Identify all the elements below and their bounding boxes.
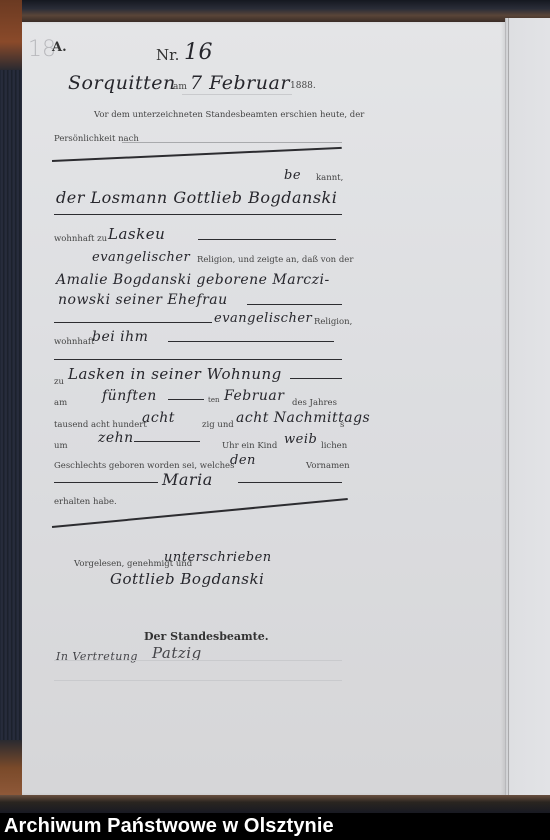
book-binding-top — [0, 0, 550, 22]
time-of-day: acht Nachmittags — [236, 410, 370, 426]
birthplace-value: Lasken in seiner Wohnung — [68, 365, 282, 383]
residence-value: Laskeu — [108, 225, 165, 243]
identity-line — [122, 142, 342, 143]
facing-page-edge — [505, 18, 550, 798]
known-suffix: kannt, — [316, 173, 343, 183]
birthday-prefix: am — [54, 398, 67, 408]
sex-value: weib — [284, 432, 317, 447]
registration-place: Sorquitten — [68, 72, 176, 94]
birthplace-line — [290, 378, 342, 379]
birthplace-prefix: zu — [54, 377, 64, 387]
form-letter: A. — [52, 40, 67, 55]
residence-line — [198, 239, 336, 240]
article-value: den — [230, 453, 256, 468]
mother-name-2: nowski seiner Ehefrau — [58, 292, 228, 308]
intro-text: Vor dem unterzeichneten Standesbeamten e… — [94, 110, 364, 120]
religion-text-1: Religion, und zeigte an, daß von der — [197, 255, 353, 265]
declarant-line — [54, 214, 342, 215]
name-line-left — [54, 482, 158, 483]
mother-residence-line — [168, 341, 334, 342]
mother-residence-label: wohnhaft — [54, 337, 94, 347]
declarant-signature: Gottlieb Bogdanski — [110, 570, 264, 588]
religion-father: evangelischer — [92, 250, 190, 265]
separator-line — [54, 359, 342, 360]
registration-date: 7 Februar — [190, 72, 290, 94]
date-underline — [182, 94, 292, 95]
religion-mother: evangelischer — [214, 311, 312, 326]
sex-suffix: lichen — [321, 441, 347, 451]
strike-line-1 — [52, 147, 342, 162]
hour-value: zehn — [98, 430, 134, 446]
name-line-right — [238, 482, 342, 483]
religion-mother-line — [54, 322, 212, 323]
book-binding-spine — [0, 0, 22, 810]
archive-footer: Archiwum Państwowe w Olsztynie — [0, 813, 550, 840]
birthday-month: Februar — [224, 388, 284, 404]
date-prefix: am — [173, 82, 187, 92]
page-gutter — [508, 18, 509, 798]
registrar-title: Der Standesbeamte. — [144, 630, 269, 643]
deputy-note: In Vertretung — [56, 650, 138, 663]
time-suffix: s — [340, 420, 344, 430]
record-number: 16 — [184, 40, 213, 65]
mother-name-1: Amalie Bogdanski geborene Marczi- — [56, 272, 330, 288]
register-page: 18 A. Nr. 16 Sorquitten am 7 Februar 188… — [22, 22, 505, 795]
first-names-label: Vornamen — [306, 461, 350, 471]
declarant-name: der Losmann Gottlieb Bogdanski — [56, 188, 337, 207]
registration-year: 1888. — [290, 81, 316, 91]
mother-line — [247, 304, 342, 305]
archive-name: Archiwum Państwowe w Olsztynie — [4, 815, 334, 838]
residence-label: wohnhaft zu — [54, 234, 107, 244]
birthday-month-prefix: ten — [208, 396, 219, 404]
year-value: acht — [142, 410, 175, 426]
signature-line-1 — [54, 660, 342, 661]
mother-residence: bei ihm — [92, 329, 148, 345]
signed-value: unterschrieben — [164, 550, 272, 565]
signature-line-2 — [54, 680, 342, 681]
hour-prefix: um — [54, 441, 68, 451]
known-prefix: be — [284, 168, 301, 183]
religion-text-2: Religion, — [314, 317, 352, 327]
thousand-text: tausend acht hundert — [54, 420, 147, 430]
leather-corner-top — [0, 0, 22, 70]
birthday-value: fünften — [102, 388, 157, 404]
received-text: erhalten habe. — [54, 497, 117, 507]
child-name: Maria — [162, 470, 213, 489]
birthday-dash — [168, 399, 204, 400]
book-binding-bottom — [0, 795, 550, 813]
year-mid-text: zig und — [202, 420, 234, 430]
hour-line — [134, 441, 200, 442]
birthday-year-text: des Jahres — [292, 398, 337, 408]
number-label: Nr. — [156, 46, 179, 64]
hour-text: Uhr ein Kind — [222, 441, 277, 451]
scan-viewer: 18 A. Nr. 16 Sorquitten am 7 Februar 188… — [0, 0, 550, 840]
